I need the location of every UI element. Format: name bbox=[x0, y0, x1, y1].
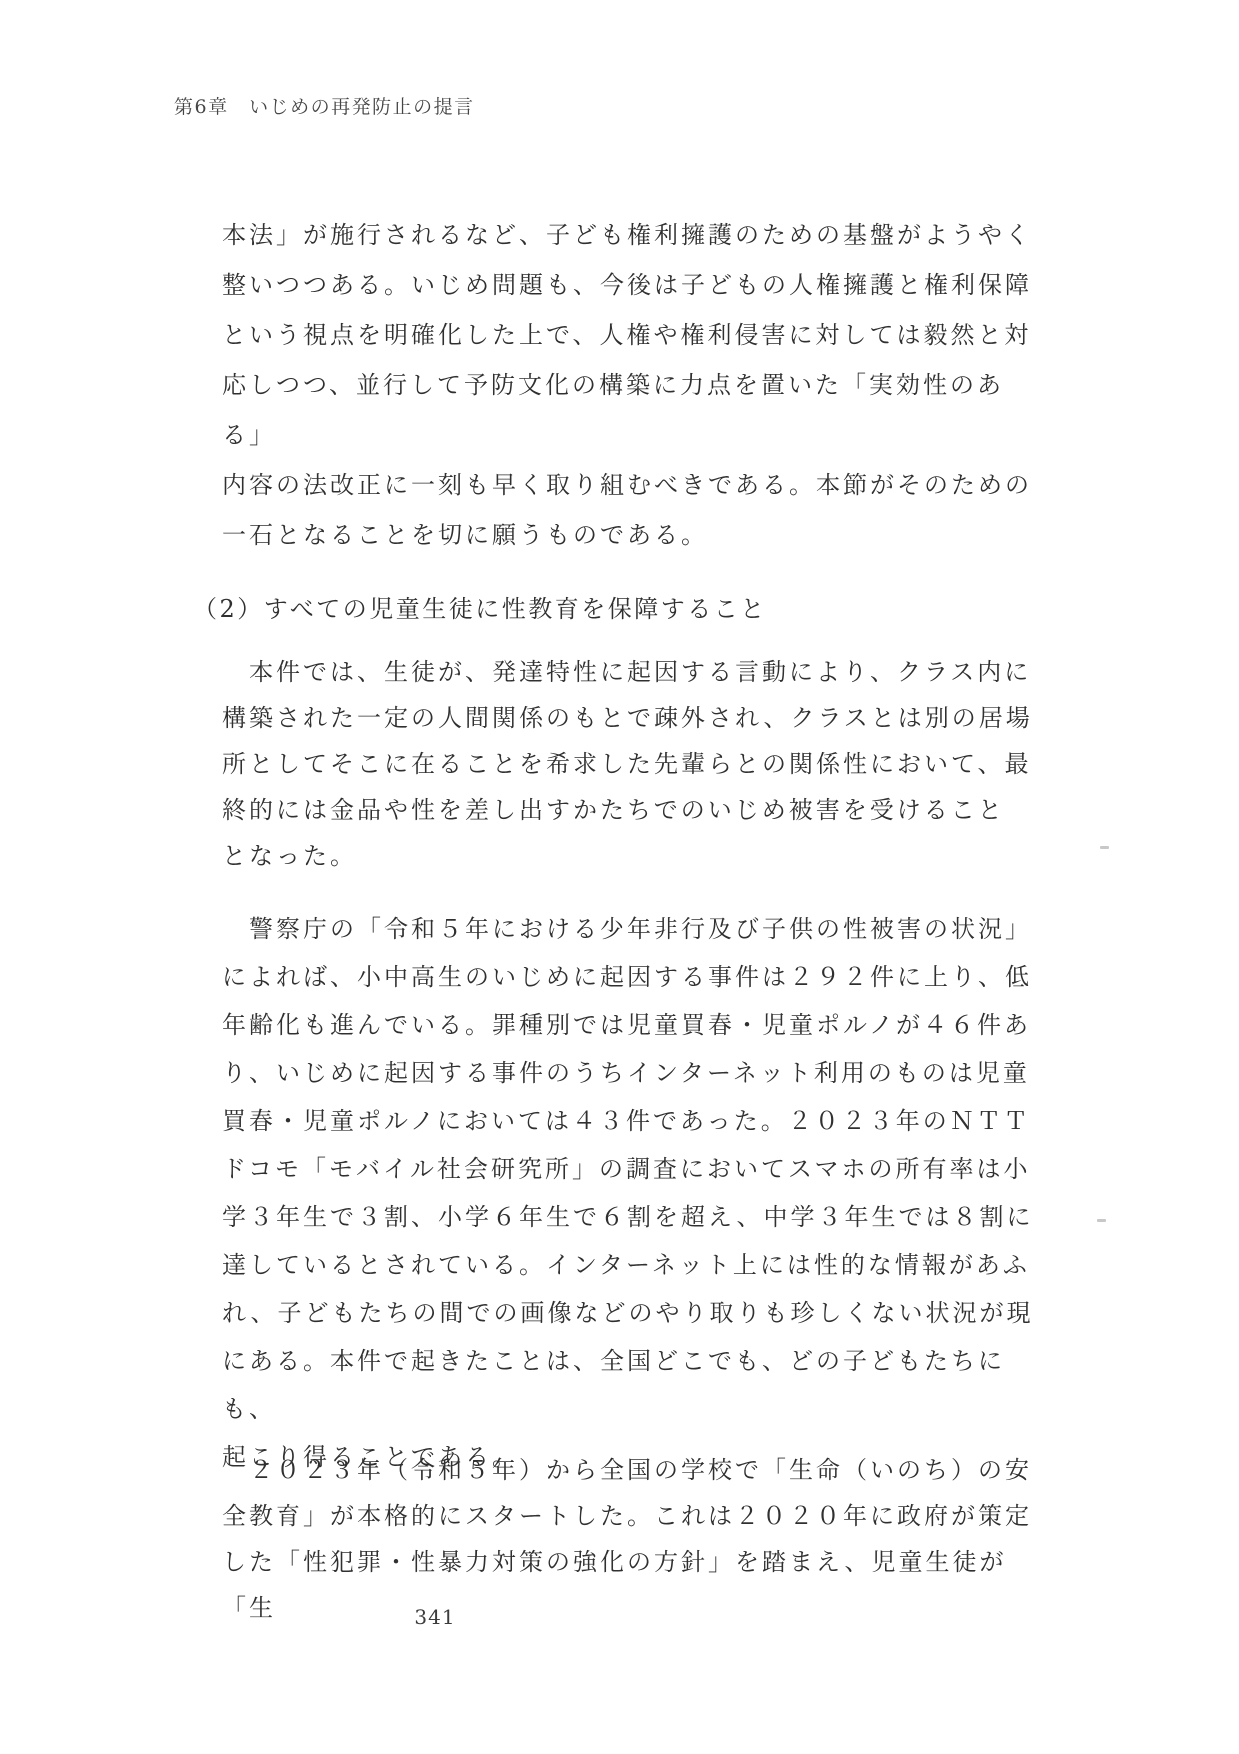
section-heading-sex-education: （2）すべての児童生徒に性教育を保障すること bbox=[193, 589, 767, 624]
scan-artifact bbox=[1097, 1219, 1106, 1222]
paragraph-life-safety-education: ２０２３年（令和５年）から全国の学校で「生命（いのち）の安 全教育」が本格的にス… bbox=[222, 1447, 1052, 1631]
scan-artifact bbox=[1100, 846, 1109, 849]
page-number: 341 bbox=[395, 1605, 475, 1629]
paragraph-police-statistics: 警察庁の「令和５年における少年非行及び子供の性被害の状況」 によれば、小中高生の… bbox=[222, 905, 1052, 1481]
paragraph-law-revision: 本法」が施行されるなど、子ども権利擁護のための基盤がようやく 整いつつある。いじ… bbox=[222, 210, 1052, 560]
document-page: 第6章 いじめの再発防止の提言 本法」が施行されるなど、子ども権利擁護のための基… bbox=[0, 0, 1239, 1754]
chapter-running-header: 第6章 いじめの再発防止の提言 bbox=[174, 92, 475, 119]
paragraph-case-description: 本件では、生徒が、発達特性に起因する言動により、クラス内に 構築された一定の人間… bbox=[222, 649, 1052, 879]
